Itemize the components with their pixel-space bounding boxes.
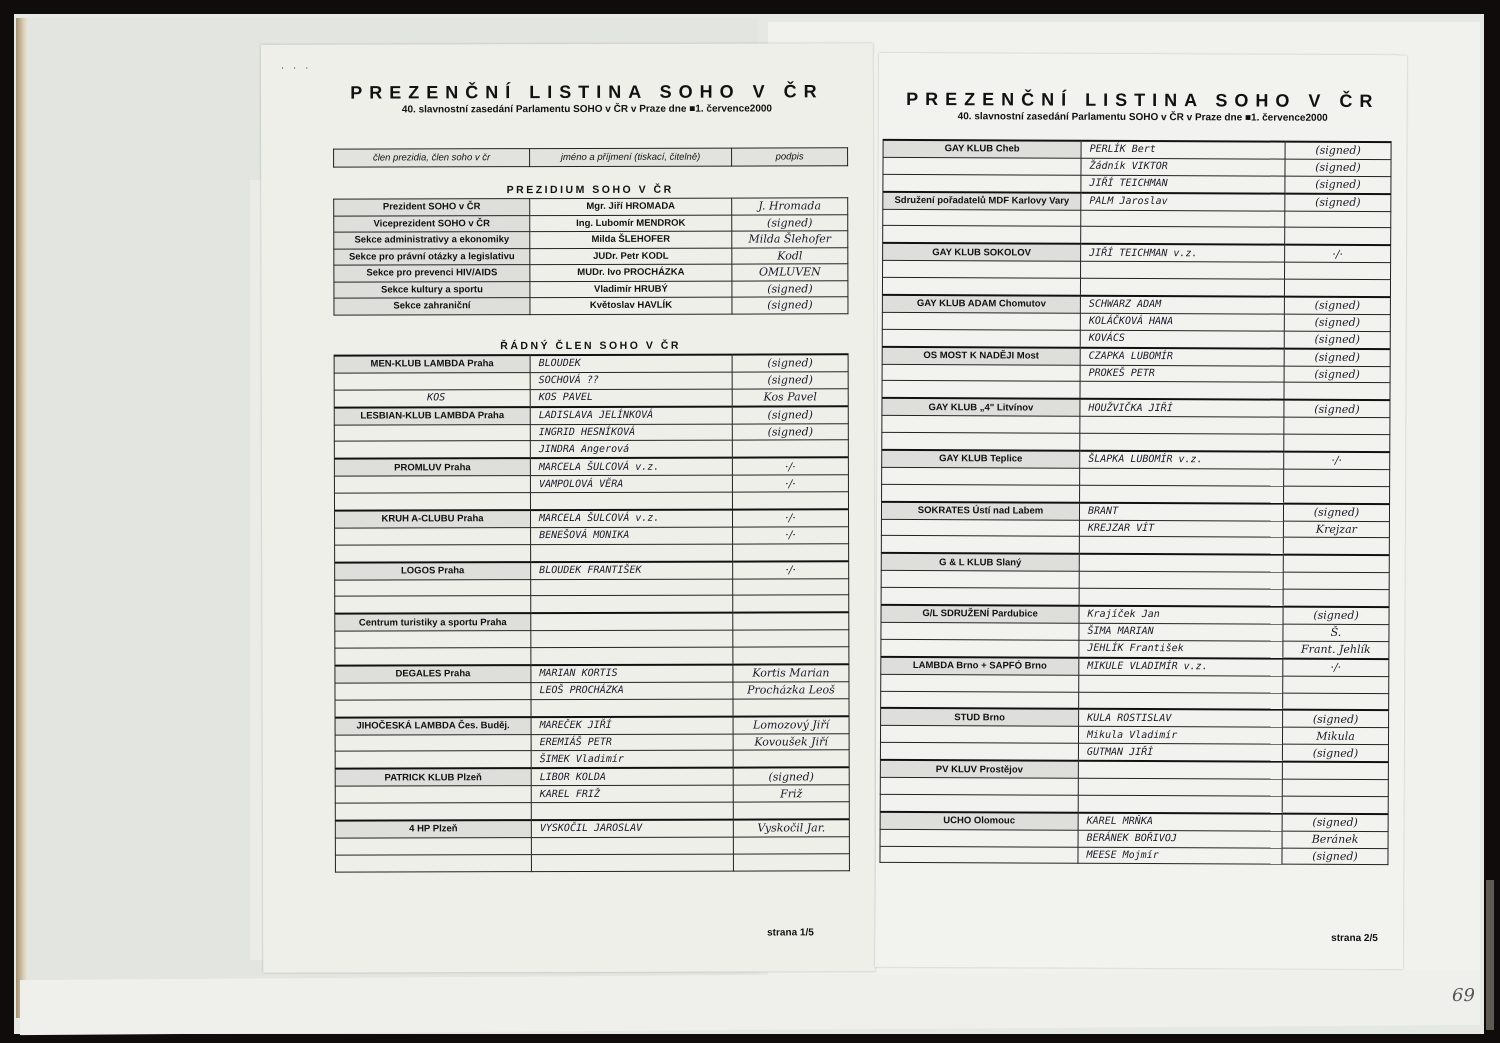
signature <box>1285 262 1391 279</box>
signature: ·/· <box>1283 658 1389 676</box>
handwritten-name: ŠLAPKA LUBOMÍR v.z. <box>1080 451 1284 469</box>
presidium-name: Mgr. Jiří HROMADA <box>530 198 732 215</box>
handwritten-name <box>1080 416 1284 434</box>
handwritten-name: HOUŽVIČKA JIŘÍ <box>1080 399 1284 417</box>
member-row: MEN-KLUB LAMBDA PrahaBLOUDEK(signed) <box>334 354 848 373</box>
handwritten-name: LEOŠ PROCHÁZKA <box>531 682 733 699</box>
handwritten-name: EREMIÁŠ PETR <box>531 734 733 751</box>
handwritten-name: KOS PAVEL <box>530 389 732 407</box>
signature <box>733 837 849 854</box>
member-organization-empty <box>882 277 1080 295</box>
member-organization-empty <box>335 544 531 562</box>
member-organization-empty <box>334 493 530 511</box>
member-row: GAY KLUB „4" LitvínovHOUŽVIČKA JIŘÍ(sign… <box>882 398 1390 418</box>
signature: (signed) <box>732 280 848 297</box>
member-organization-empty <box>880 846 1078 864</box>
member-row: MEESE Mojmír(signed) <box>880 846 1388 865</box>
signature: (signed) <box>733 768 849 786</box>
member-organization: GAY KLUB ADAM Chomutov <box>882 295 1080 313</box>
page-subtitle: 40. slavnostní zasedání Parlamentu SOHO … <box>879 111 1407 124</box>
handwritten-name: INGRID HESNÍKOVÁ <box>530 424 732 441</box>
section-heading-presidium: PREZIDIUM SOHO V ČR <box>333 183 847 196</box>
handwritten-name: BERÁNEK BOŘIVOJ <box>1078 830 1282 848</box>
handwritten-name <box>1081 210 1285 228</box>
member-row: LESBIAN-KLUB LAMBDA PrahaLADISLAVA JELÍN… <box>334 406 848 425</box>
member-organization-empty <box>335 648 531 666</box>
member-organization: G & L KLUB Slaný <box>881 553 1079 571</box>
handwritten-name <box>1080 433 1284 451</box>
member-organization-empty <box>883 226 1081 244</box>
member-row: GAY KLUB ADAM ChomutovSCHWARZ ADAM(signe… <box>882 295 1390 315</box>
presidium-role: Prezident SOHO v ČR <box>334 199 530 216</box>
handwritten-name: KOVÁCS <box>1080 330 1284 348</box>
signature <box>1285 228 1391 246</box>
member-organization-empty <box>881 588 1079 606</box>
member-row <box>881 691 1389 711</box>
presidium-role: Viceprezident SOHO v ČR <box>334 215 530 232</box>
member-organization: DEGALES Praha <box>335 665 531 683</box>
signature: (signed) <box>732 354 848 372</box>
signature: (signed) <box>1284 366 1390 383</box>
member-row <box>335 802 849 821</box>
signature: (signed) <box>732 372 848 389</box>
handwritten-name <box>531 613 733 631</box>
signature <box>1283 693 1389 711</box>
signature: OMLUVEN <box>732 264 848 281</box>
member-row <box>335 647 849 666</box>
handwritten-name <box>531 596 733 614</box>
handwritten-name <box>1079 675 1283 693</box>
signature <box>1284 486 1390 504</box>
member-row: VAMPOLOVÁ VĚRA·/· <box>334 475 848 493</box>
member-organization: GAY KLUB „4" Litvínov <box>882 398 1080 416</box>
signature: (signed) <box>1282 813 1388 831</box>
signature: (signed) <box>1283 607 1389 625</box>
signature: (signed) <box>1282 744 1388 762</box>
header-signature: podpis <box>732 148 848 166</box>
handwritten-name <box>531 699 733 717</box>
member-row: PROMLUV PrahaMARCELA ŠULCOVÁ v.z.·/· <box>334 458 848 477</box>
member-organization: OS MOST K NADĚJI Most <box>882 347 1080 365</box>
signature: Kovoušek Jiří <box>733 733 849 750</box>
member-row: BENEŠOVÁ MONIKA·/· <box>335 527 849 545</box>
presidium-row: Viceprezident SOHO v ČRIng. Lubomír MEND… <box>334 214 848 232</box>
signature: ·/· <box>1285 245 1391 263</box>
handwritten-name: KAREL MRŇKA <box>1078 812 1282 830</box>
presidium-role: Sekce pro prevenci HIV/AIDS <box>334 265 530 282</box>
handwritten-name: SCHWARZ ADAM <box>1080 296 1284 314</box>
member-row: SOCHOVÁ ??(signed) <box>334 372 848 390</box>
signature <box>733 750 849 768</box>
member-row <box>881 588 1389 608</box>
handwritten-name: PROKEŠ PETR <box>1080 365 1284 383</box>
member-organization-empty <box>335 734 531 751</box>
signature <box>733 854 849 871</box>
handwritten-name: CZAPKA LUBOMÍR <box>1080 347 1284 365</box>
signature: ·/· <box>732 458 848 476</box>
handwritten-name: PALM Jaroslav <box>1081 192 1285 210</box>
handwritten-name <box>1078 778 1282 796</box>
signature: Kodl <box>732 247 848 264</box>
handwritten-name: KULA ROSTISLAV <box>1079 709 1283 727</box>
member-organization: G/L SDRUŽENÍ Pardubice <box>881 605 1079 623</box>
handwritten-name: VAMPOLOVÁ VĚRA <box>530 475 732 492</box>
members-table-page-1: MEN-KLUB LAMBDA PrahaBLOUDEK(signed)SOCH… <box>334 353 850 872</box>
member-organization-empty <box>883 174 1081 192</box>
handwritten-name <box>531 579 733 596</box>
member-organization: Sdružení pořadatelů MDF Karlovy Vary <box>883 192 1081 210</box>
member-row: OS MOST K NADĚJI MostCZAPKA LUBOMÍR(sign… <box>882 347 1390 367</box>
member-row: G/L SDRUŽENÍ PardubiceKrajíček Jan(signe… <box>881 605 1389 625</box>
handwritten-name: KREJZAR VÍT <box>1079 520 1283 538</box>
member-organization-empty <box>335 699 531 717</box>
signature <box>1282 762 1388 780</box>
handwritten-name <box>1081 227 1285 245</box>
signature: J. Hromada <box>732 198 848 215</box>
signature: Vyskočil Jar. <box>733 819 849 837</box>
member-row: JINDRA Angerová <box>334 440 848 459</box>
handwritten-name: JINDRA Angerová <box>530 441 732 459</box>
presidium-role: Sekce zahraniční <box>334 298 530 315</box>
member-row: SOKRATES Ústí nad LabemBRANT(signed) <box>881 502 1389 522</box>
handwritten-name: Krajíček Jan <box>1079 606 1283 624</box>
member-organization-empty <box>882 467 1080 485</box>
member-organization: LAMBDA Brno + SAPFÓ Brno <box>881 657 1079 675</box>
member-organization: 4 HP Plzeň <box>335 820 531 838</box>
signature: Kos Pavel <box>732 389 848 407</box>
member-row <box>335 578 849 596</box>
member-organization-empty <box>334 424 530 441</box>
member-row: Centrum turistiky a sportu Praha <box>335 613 849 632</box>
signature: Friž <box>733 785 849 802</box>
member-row <box>880 794 1388 814</box>
punch-dots: · · · <box>281 63 312 74</box>
presidium-name: Vladimír HRUBÝ <box>530 281 732 298</box>
header-member: člen prezidia, člen soho v čr <box>334 149 530 168</box>
member-row <box>335 544 849 563</box>
signature: (signed) <box>1284 297 1390 315</box>
handwritten-name: MARCELA ŠULCOVÁ v.z. <box>531 510 733 528</box>
signature: ·/· <box>733 509 849 527</box>
signature: ·/· <box>732 475 848 492</box>
signature: Kortis Marian <box>733 664 849 682</box>
handwritten-name: KAREL FRIŽ <box>531 785 733 802</box>
member-organization: LESBIAN-KLUB LAMBDA Praha <box>334 407 530 425</box>
handwritten-name: MIKULE VLADIMÍR v.z. <box>1079 657 1283 675</box>
signature: (signed) <box>1283 503 1389 521</box>
signature <box>733 630 849 647</box>
signature <box>732 440 848 458</box>
handwritten-name <box>1080 468 1284 486</box>
signature <box>733 802 849 820</box>
member-row: STUD BrnoKULA ROSTISLAV(signed) <box>881 708 1389 728</box>
member-row: GAY KLUB SOKOLOVJIŘÍ TEICHMAN v.z.·/· <box>883 243 1391 263</box>
signature <box>1283 555 1389 573</box>
member-organization-empty <box>335 579 531 596</box>
member-row: JEHLÍK FrantišekFrant. Jehlík <box>881 639 1389 659</box>
presidium-row: Sekce administrativy a ekonomikyMilda ŠL… <box>334 231 848 249</box>
members-table-page-2: GAY KLUB ChebPERLÍK Bert(signed)Žádník V… <box>879 139 1391 866</box>
signature <box>732 492 848 510</box>
member-organization-empty <box>882 484 1080 502</box>
signature: ·/· <box>733 527 849 544</box>
member-organization-empty <box>334 441 530 459</box>
signature: (signed) <box>1283 710 1389 728</box>
presidium-name: JUDr. Petr KODL <box>530 248 732 265</box>
member-row <box>882 484 1390 504</box>
pencil-page-note: 69 <box>1452 985 1475 1006</box>
handwritten-name <box>1079 537 1283 555</box>
signature: (signed) <box>732 423 848 440</box>
member-row <box>335 854 849 872</box>
signature: Milda Šlehofer <box>732 231 848 248</box>
member-organization: PATRICK KLUB Plzeň <box>335 768 531 786</box>
member-row: GUTMAN JIŘÍ(signed) <box>880 743 1388 763</box>
presidium-row: Sekce pro prevenci HIV/AIDSMUDr. Ivo PRO… <box>334 264 848 282</box>
member-organization: PROMLUV Praha <box>334 458 530 476</box>
signature: (signed) <box>1285 193 1391 211</box>
page-number: strana 2/5 <box>1331 933 1378 944</box>
presidium-row: Sekce zahraničníKvětoslav HAVLÍK(signed) <box>334 297 848 315</box>
member-row: JIHOČESKÁ LAMBDA Čes. Buděj.MAREČEK JIŘÍ… <box>335 716 849 735</box>
member-organization-empty <box>881 674 1079 692</box>
signature: Frant. Jehlík <box>1283 641 1389 659</box>
member-organization-empty <box>881 536 1079 554</box>
member-organization-empty <box>883 209 1081 227</box>
member-organization-empty <box>882 381 1080 399</box>
member-organization-empty <box>335 683 531 700</box>
member-row: Sdružení pořadatelů MDF Karlovy VaryPALM… <box>883 192 1391 212</box>
signature: Š. <box>1283 624 1389 641</box>
signature: Krejzar <box>1283 521 1389 538</box>
page-title: PREZENČNÍ LISTINA SOHO V ČR <box>879 89 1407 112</box>
signature <box>733 595 849 613</box>
member-organization-empty <box>881 571 1079 589</box>
handwritten-name: KOLÁČKOVÁ HANA <box>1080 313 1284 331</box>
attendance-sheet-page-2: PREZENČNÍ LISTINA SOHO V ČR 40. slavnost… <box>875 53 1407 969</box>
signature <box>1284 469 1390 486</box>
member-row <box>335 595 849 614</box>
member-row <box>882 381 1390 401</box>
member-organization: KRUH A-CLUBU Praha <box>335 510 531 528</box>
presidium-row: Sekce pro právní otázky a legislativuJUD… <box>334 247 848 265</box>
member-organization: Centrum turistiky a sportu Praha <box>335 613 531 631</box>
signature <box>1284 279 1390 297</box>
member-organization: PV KLUV Prostějov <box>880 760 1078 778</box>
signature <box>1284 417 1390 434</box>
handwritten-name: ŠIMA MARIAN <box>1079 623 1283 641</box>
member-organization-empty <box>882 433 1080 451</box>
member-organization: STUD Brno <box>881 708 1079 726</box>
handwritten-name: JIŘÍ TEICHMAN <box>1081 175 1285 193</box>
signature: (signed) <box>732 297 848 314</box>
presidium-table: Prezident SOHO v ČRMgr. Jiří HROMADAJ. H… <box>333 197 848 315</box>
member-organization-empty <box>335 751 531 769</box>
presidium-role: Sekce kultury a sportu <box>334 281 530 298</box>
handwritten-name <box>531 802 733 820</box>
member-organization-empty <box>882 416 1080 434</box>
member-organization-empty <box>880 794 1078 812</box>
member-organization-empty <box>335 854 531 871</box>
page-title: PREZENČNÍ LISTINA SOHO V ČR <box>301 81 873 103</box>
member-row: PV KLUV Prostějov <box>880 760 1388 780</box>
signature: (signed) <box>1284 331 1390 349</box>
presidium-name: Ing. Lubomír MENDROK <box>530 215 732 232</box>
archive-label-strip <box>1486 880 1494 1030</box>
handwritten-name: LADISLAVA JELÍNKOVÁ <box>530 406 732 424</box>
member-organization-empty <box>880 777 1078 795</box>
handwritten-name: LIBOR KOLDA <box>531 768 733 786</box>
signature <box>1282 779 1388 796</box>
member-row <box>335 699 849 718</box>
member-row: KAREL FRIŽFriž <box>335 785 849 803</box>
presidium-role: Sekce pro právní otázky a legislativu <box>334 248 530 265</box>
header-name: jméno a příjmení (tiskací, čitelně) <box>530 148 732 167</box>
member-organization: GAY KLUB Cheb <box>883 140 1081 158</box>
member-organization: GAY KLUB SOKOLOV <box>883 243 1081 261</box>
member-organization-empty <box>335 596 531 614</box>
member-row <box>335 837 849 855</box>
page-number: strana 1/5 <box>767 927 814 938</box>
signature: (signed) <box>1285 142 1391 160</box>
member-organization: MEN-KLUB LAMBDA Praha <box>334 355 530 373</box>
member-organization-empty <box>334 372 530 389</box>
handwritten-name: JIŘÍ TEICHMAN v.z. <box>1081 244 1285 262</box>
member-row: EREMIÁŠ PETRKovoušek Jiří <box>335 733 849 751</box>
handwritten-name: ŠIMEK Vladimír <box>531 751 733 769</box>
signature <box>1283 589 1389 607</box>
member-row: GAY KLUB TepliceŠLAPKA LUBOMÍR v.z.·/· <box>882 450 1390 470</box>
presidium-row: Sekce kultury a sportuVladimír HRUBÝ(sig… <box>334 280 848 298</box>
handwritten-name: BLOUDEK <box>530 355 732 373</box>
handwritten-name <box>1080 485 1284 503</box>
album-bottom-strip <box>20 970 1480 1035</box>
member-row <box>881 536 1389 556</box>
handwritten-name: JEHLÍK František <box>1079 640 1283 658</box>
signature: ·/· <box>733 561 849 579</box>
member-organization-empty <box>880 829 1078 847</box>
signature <box>1284 383 1390 401</box>
handwritten-name <box>531 647 733 665</box>
member-row: KOVÁCS(signed) <box>882 329 1390 349</box>
column-header-table: člen prezidia, člen soho v čr jméno a př… <box>333 147 848 167</box>
signature: (signed) <box>1284 348 1390 366</box>
presidium-role: Sekce administrativy a ekonomiky <box>334 232 530 249</box>
member-row: GAY KLUB ChebPERLÍK Bert(signed) <box>883 140 1391 160</box>
handwritten-name <box>1078 795 1282 813</box>
handwritten-name: BRANT <box>1079 502 1283 520</box>
handwritten-name: SOCHOVÁ ?? <box>530 372 732 389</box>
album-edge <box>16 18 28 1018</box>
member-row: KRUH A-CLUBU PrahaMARCELA ŠULCOVÁ v.z.·/… <box>335 509 849 528</box>
signature: (signed) <box>1285 176 1391 194</box>
signature: ·/· <box>1284 452 1390 470</box>
handwritten-name <box>531 544 733 562</box>
member-organization-empty <box>881 639 1079 657</box>
handwritten-name <box>530 492 732 510</box>
section-heading-members: ŘÁDNÝ ČLEN SOHO V ČR <box>334 339 848 352</box>
signature: Beránek <box>1282 831 1388 848</box>
signature: Procházka Leoš <box>733 682 849 699</box>
handwritten-name: MAREČEK JIŘÍ <box>531 716 733 734</box>
member-row: LAMBDA Brno + SAPFÓ BrnoMIKULE VLADIMÍR … <box>881 657 1389 677</box>
presidium-name: Milda ŠLEHOFER <box>530 231 732 248</box>
presidium-row: Prezident SOHO v ČRMgr. Jiří HROMADAJ. H… <box>334 198 848 216</box>
member-organization-empty <box>334 476 530 493</box>
handwritten-name: Žádník VIKTOR <box>1081 158 1285 176</box>
handwritten-name <box>531 630 733 647</box>
member-organization-empty <box>880 726 1078 744</box>
member-row: PATRICK KLUB PlzeňLIBOR KOLDA(signed) <box>335 768 849 787</box>
signature <box>1285 211 1391 228</box>
member-row: ŠIMEK Vladimír <box>335 750 849 769</box>
handwritten-name <box>1079 571 1283 589</box>
signature: (signed) <box>1284 314 1390 331</box>
handwritten-name <box>1078 761 1282 779</box>
member-organization-empty <box>335 631 531 648</box>
handwritten-name: MEESE Mojmír <box>1078 847 1282 865</box>
member-organization-empty <box>881 519 1079 537</box>
signature: (signed) <box>1282 848 1388 865</box>
member-organization-empty <box>882 364 1080 382</box>
handwritten-name <box>1079 554 1283 572</box>
signature <box>733 699 849 717</box>
signature: Mikula <box>1282 727 1388 744</box>
member-organization: UCHO Olomouc <box>880 812 1078 830</box>
member-organization-empty <box>335 838 531 855</box>
handwritten-name <box>531 837 733 854</box>
handwritten-name: MARIAN KORTIS <box>531 665 733 683</box>
member-row: INGRID HESNÍKOVÁ(signed) <box>334 423 848 441</box>
member-organization-empty <box>883 157 1081 175</box>
handwritten-name <box>1080 278 1284 296</box>
signature <box>1283 538 1389 556</box>
member-row <box>882 277 1390 297</box>
signature: (signed) <box>732 406 848 424</box>
member-organization-empty <box>883 261 1081 279</box>
member-row: LOGOS PrahaBLOUDEK FRANTIŠEK·/· <box>335 561 849 580</box>
signature: (signed) <box>1284 400 1390 418</box>
member-organization-empty <box>882 329 1080 347</box>
member-row: LEOŠ PROCHÁZKAProcházka Leoš <box>335 682 849 700</box>
member-organization-empty <box>882 312 1080 330</box>
member-row: JIŘÍ TEICHMAN(signed) <box>883 174 1391 194</box>
member-row: 4 HP PlzeňVYSKOČIL JAROSLAVVyskočil Jar. <box>335 819 849 838</box>
member-organization-empty <box>881 622 1079 640</box>
member-organization-empty <box>880 743 1078 761</box>
member-organization-empty <box>881 691 1079 709</box>
handwritten-name: BENEŠOVÁ MONIKA <box>531 527 733 544</box>
member-organization: LOGOS Praha <box>335 562 531 580</box>
signature: Lomozový Jiří <box>733 716 849 734</box>
handwritten-name: BLOUDEK FRANTIŠEK <box>531 561 733 579</box>
signature <box>1282 796 1388 814</box>
handwritten-name: Mikula Vladimír <box>1078 727 1282 745</box>
attendance-sheet-page-1: · · · PREZENČNÍ LISTINA SOHO V ČR 40. sl… <box>261 43 875 973</box>
handwritten-name <box>1081 261 1285 279</box>
presidium-name: MUDr. Ivo PROCHÁZKA <box>530 264 732 281</box>
handwritten-name: VYSKOČIL JAROSLAV <box>531 820 733 838</box>
handwritten-name: GUTMAN JIŘÍ <box>1078 743 1282 761</box>
handwritten-name: MARCELA ŠULCOVÁ v.z. <box>530 458 732 476</box>
page-subtitle: 40. slavnostní zasedání Parlamentu SOHO … <box>301 103 873 115</box>
member-organization-empty <box>335 786 531 803</box>
member-row <box>335 630 849 648</box>
member-row <box>882 433 1390 453</box>
handwritten-name <box>1080 382 1284 400</box>
signature <box>733 578 849 595</box>
member-row <box>334 492 848 511</box>
